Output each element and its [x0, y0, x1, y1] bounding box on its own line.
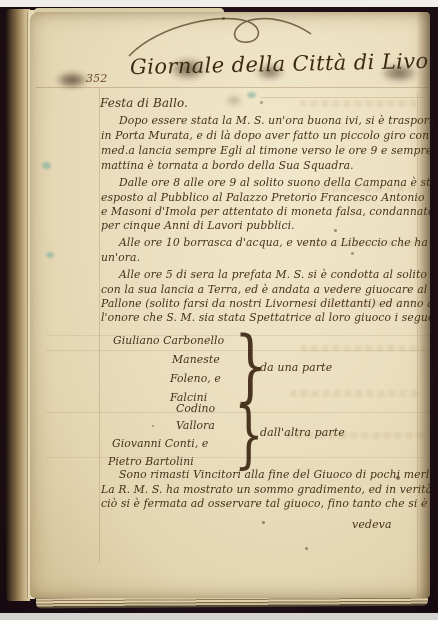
manuscript-line: mattina è tornata a bordo della Sua Squa… — [101, 159, 354, 173]
teal-mark — [42, 162, 51, 169]
manuscript-line: Sono rimasti Vincitori alla fine del Giu… — [119, 468, 430, 482]
ink-speck — [334, 229, 337, 232]
ink-speck — [260, 101, 263, 104]
frame-rule-top-2 — [260, 97, 425, 98]
ink-speck — [262, 521, 265, 524]
manuscript-line: Dopo essere stata la M. S. un'ora buona … — [119, 114, 430, 128]
page-number: 352 — [86, 72, 107, 86]
player-name: Codino — [176, 402, 215, 416]
manuscript-line: med.a lancia sempre Egli al timone verso… — [101, 144, 430, 158]
manuscript-line: La R. M. S. ha mostrato un sommo gradime… — [101, 483, 430, 497]
player-name: Maneste — [172, 353, 220, 367]
ink-speck — [152, 425, 154, 427]
margin-rule-left — [99, 88, 100, 563]
manuscript-line: Alle ore 5 di sera la prefata M. S. si è… — [119, 268, 427, 282]
player-name: Giovanni Conti, e — [112, 437, 208, 451]
manuscript-line: un'ora. — [101, 251, 140, 265]
manuscript-line: esposto al Pubblico al Palazzo Pretorio … — [101, 191, 425, 205]
manuscript-line: Pallone (solito farsi da nostri Livornes… — [101, 297, 430, 311]
bleedthrough-text — [290, 390, 420, 397]
player-name: Giuliano Carbonello — [113, 334, 224, 348]
book-scan-photo: 352 Giornale della Città di Livorno Fest… — [0, 0, 438, 620]
catchword: vedeva — [352, 518, 392, 532]
manuscript-line: Alle ore 10 borrasca d'acqua, e vento a … — [119, 236, 430, 250]
manuscript-line: Dalle ore 8 alle ore 9 al solito suono d… — [119, 176, 430, 190]
manuscript-line: per cinque Anni di Lavori pubblici. — [101, 219, 295, 233]
team-side-label: dall'altra parte — [260, 426, 345, 440]
manuscript-line: in Porta Murata, e di là dopo aver fatto… — [101, 129, 430, 143]
manuscript-page: 352 Giornale della Città di Livorno Fest… — [30, 12, 430, 598]
teal-mark — [46, 252, 54, 258]
section-heading: Festa di Ballo. — [100, 96, 188, 110]
teal-mark — [247, 92, 256, 98]
frame-rule-top — [36, 87, 428, 88]
ink-speck — [305, 547, 308, 550]
player-name: Foleno, e — [170, 372, 221, 386]
ink-speck — [351, 252, 354, 255]
manuscript-line: ciò si è fermata ad osservare tal giuoco… — [101, 497, 430, 511]
bleedthrough-text — [300, 345, 425, 352]
manuscript-line: e Masoni d'Imola per attentato di moneta… — [101, 205, 430, 219]
ink-smudge — [226, 96, 242, 105]
manuscript-line: con la sua lancia a Terra, ed è andata a… — [101, 283, 427, 297]
scan-margin-bottom — [0, 613, 438, 620]
player-name: Vallora — [176, 419, 215, 433]
bleedthrough-text — [300, 100, 420, 107]
player-name: Pietro Bartolini — [108, 455, 194, 469]
ink-smudge — [56, 72, 88, 88]
team-side-label: da una parte — [260, 361, 332, 375]
page-fold-shadow — [416, 12, 430, 598]
